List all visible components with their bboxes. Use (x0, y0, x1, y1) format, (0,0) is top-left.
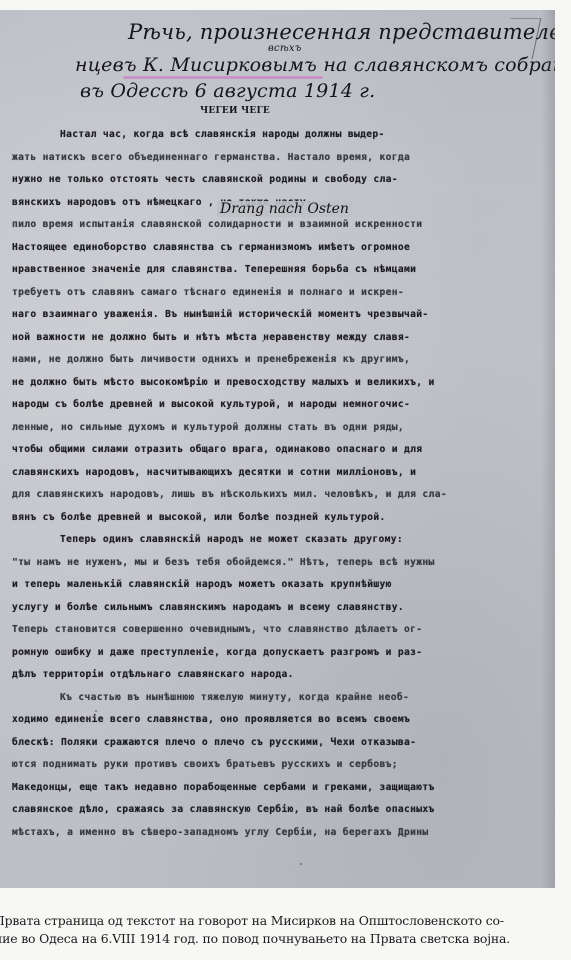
typed-line: мѣстахъ, а именно въ сѣверо-западномъ уг… (12, 822, 457, 845)
speck (300, 863, 302, 865)
page-mark: ЧЕГЕИ ЧЕГЕ (200, 106, 270, 116)
typed-body-text: Настал час, когда всѣ славянскія народы … (12, 124, 457, 844)
handwritten-title-line-2: нцевъ К. Мисирковымъ на славянскомъ собр… (75, 54, 555, 76)
typed-line: нужно не только отстоять честь славянско… (12, 169, 457, 192)
typed-line: ленные, но сильные духомъ и культурой до… (12, 417, 457, 440)
typed-line: Македонцы, еще такъ недавно порабощенные… (12, 777, 457, 800)
handwritten-interlinear-insert: всѣхъ (268, 43, 302, 54)
typed-line: Настал час, когда всѣ славянскія народы … (12, 124, 457, 147)
handwritten-suffix: на славянскомъ собраніи (323, 54, 555, 76)
handwritten-title-line-3: въ Одессѣ 6 августа 1914 г. (80, 80, 375, 102)
typed-line: дѣлъ территоріи отдѣльнаго славянскаго н… (12, 664, 457, 687)
typed-line: пило время испытанія славянской солидарн… (12, 214, 457, 237)
typed-line: и теперь маленькій славянскій народъ мож… (12, 574, 457, 597)
caption-line-1: Првата страница од текстот на говорот на… (0, 912, 571, 930)
typed-line: ромную ошибку и даже преступленіе, когда… (12, 642, 457, 665)
handwritten-german-insert: Drang nach Osten (217, 201, 352, 217)
typed-line: для славянскихъ народовъ, лишь въ нѣскол… (12, 484, 457, 507)
document-photo: Рѣчь, произнесенная представителемъ маке… (0, 10, 555, 888)
speck (262, 340, 264, 342)
speck (95, 710, 97, 712)
typed-line: нравственное значеніе для славянства. Те… (12, 259, 457, 282)
typed-line: наго взаимнаго уваженія. Въ нынѣшній ист… (12, 304, 457, 327)
typed-line: Теперь одинъ славянскій народъ не может … (12, 529, 457, 552)
underlined-author-name: К. Мисирковымъ (143, 54, 317, 76)
typed-line: "ты намъ не нуженъ, мы и безъ тебя обойд… (12, 552, 457, 575)
typed-line: ходимо единеніе всего славянства, оно пр… (12, 709, 457, 732)
typed-line: ются поднимать руки противъ своихъ брать… (12, 754, 457, 777)
typed-line: блескѣ: Поляки сражаются плечо о плечо с… (12, 732, 457, 755)
typed-line: Теперь становится совершенно очевиднымъ,… (12, 619, 457, 642)
handwritten-prefix: нцевъ (75, 54, 137, 76)
caption-line-2: ние во Одеса на 6.VIII 1914 год. по пово… (0, 930, 571, 948)
typed-line: нами, не должно быть личивости однихъ и … (12, 349, 457, 372)
typed-line: требуетъ отъ славянъ самаго тѣснаго един… (12, 282, 457, 305)
handwritten-title-line-1: Рѣчь, произнесенная представителемъ маке… (128, 20, 555, 44)
typed-line: чтобы общими силами отразить общаго враг… (12, 439, 457, 462)
typed-line: ной важности не должно быть и нѣтъ мѣста… (12, 327, 457, 350)
typed-line: народы съ болѣе древней и высокой культу… (12, 394, 457, 417)
typed-line: Настоящее единоборство славянства съ гер… (12, 237, 457, 260)
typed-line: славянскихъ народовъ, насчитывающихъ дес… (12, 462, 457, 485)
typed-line: не должно быть мѣсто высокомѣрію и прево… (12, 372, 457, 395)
typed-line: Къ счастью въ нынѣшнюю тяжелую минуту, к… (12, 687, 457, 710)
typed-line: славянское дѣло, сражаясь за славянскую … (12, 799, 457, 822)
typed-line: услугу и болѣе сильнымъ славянскимъ наро… (12, 597, 457, 620)
figure-caption: Првата страница од текстот на говорот на… (0, 912, 571, 948)
typed-line: вянъ съ болѣе древней и высокой, или бол… (12, 507, 457, 530)
typed-line: жать натискъ всего объединеннаго германс… (12, 147, 457, 170)
